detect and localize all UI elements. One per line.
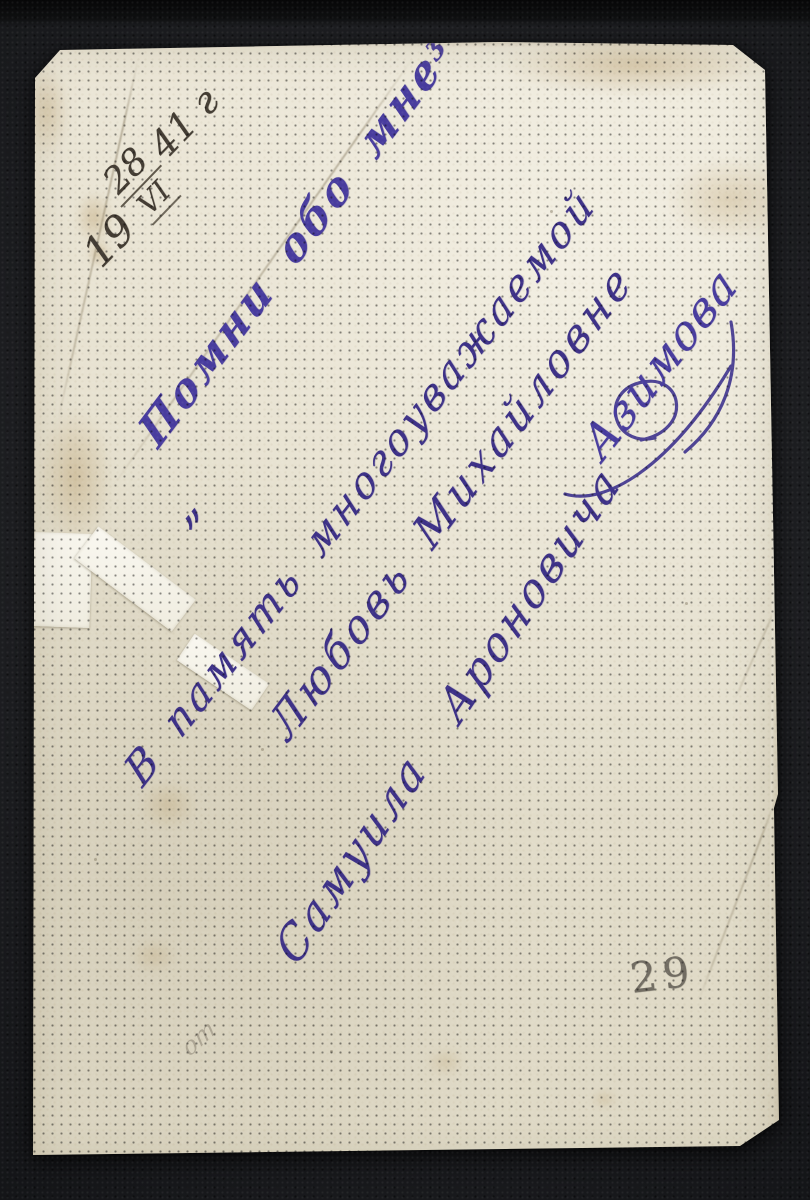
stain — [665, 157, 795, 242]
card-paper: 19 28 VI 41 г Помни обо мнеʒ „ В память … — [30, 42, 780, 1167]
dedication-line-1: В память многоуважаемой — [115, 177, 604, 796]
crease-line — [698, 799, 777, 1000]
speck — [685, 602, 688, 605]
archive-scan: 19 28 VI 41 г Помни обо мнеʒ „ В память … — [0, 0, 810, 1200]
speck — [94, 858, 97, 861]
paper-scrap — [74, 526, 196, 631]
stain — [24, 66, 70, 158]
date-year: 41 г — [140, 79, 227, 167]
crease-line — [734, 610, 775, 700]
stain — [425, 1047, 465, 1077]
speck — [330, 1050, 333, 1053]
background-shadow-band — [0, 0, 810, 26]
card-edge-highlight — [768, 132, 778, 1092]
opening-quote-mark: „ — [151, 480, 210, 535]
archive-number: 29 — [627, 946, 698, 1003]
photo-card-back: 19 28 VI 41 г Помни обо мнеʒ „ В память … — [30, 42, 780, 1167]
stain — [38, 407, 113, 547]
pencil-from-note: от — [177, 1014, 220, 1062]
speck — [261, 748, 264, 751]
stain — [500, 34, 770, 96]
handwritten-date: 19 28 VI 41 г — [52, 76, 247, 274]
stain — [500, 1164, 580, 1184]
stain — [590, 1088, 618, 1110]
stain — [130, 938, 178, 974]
